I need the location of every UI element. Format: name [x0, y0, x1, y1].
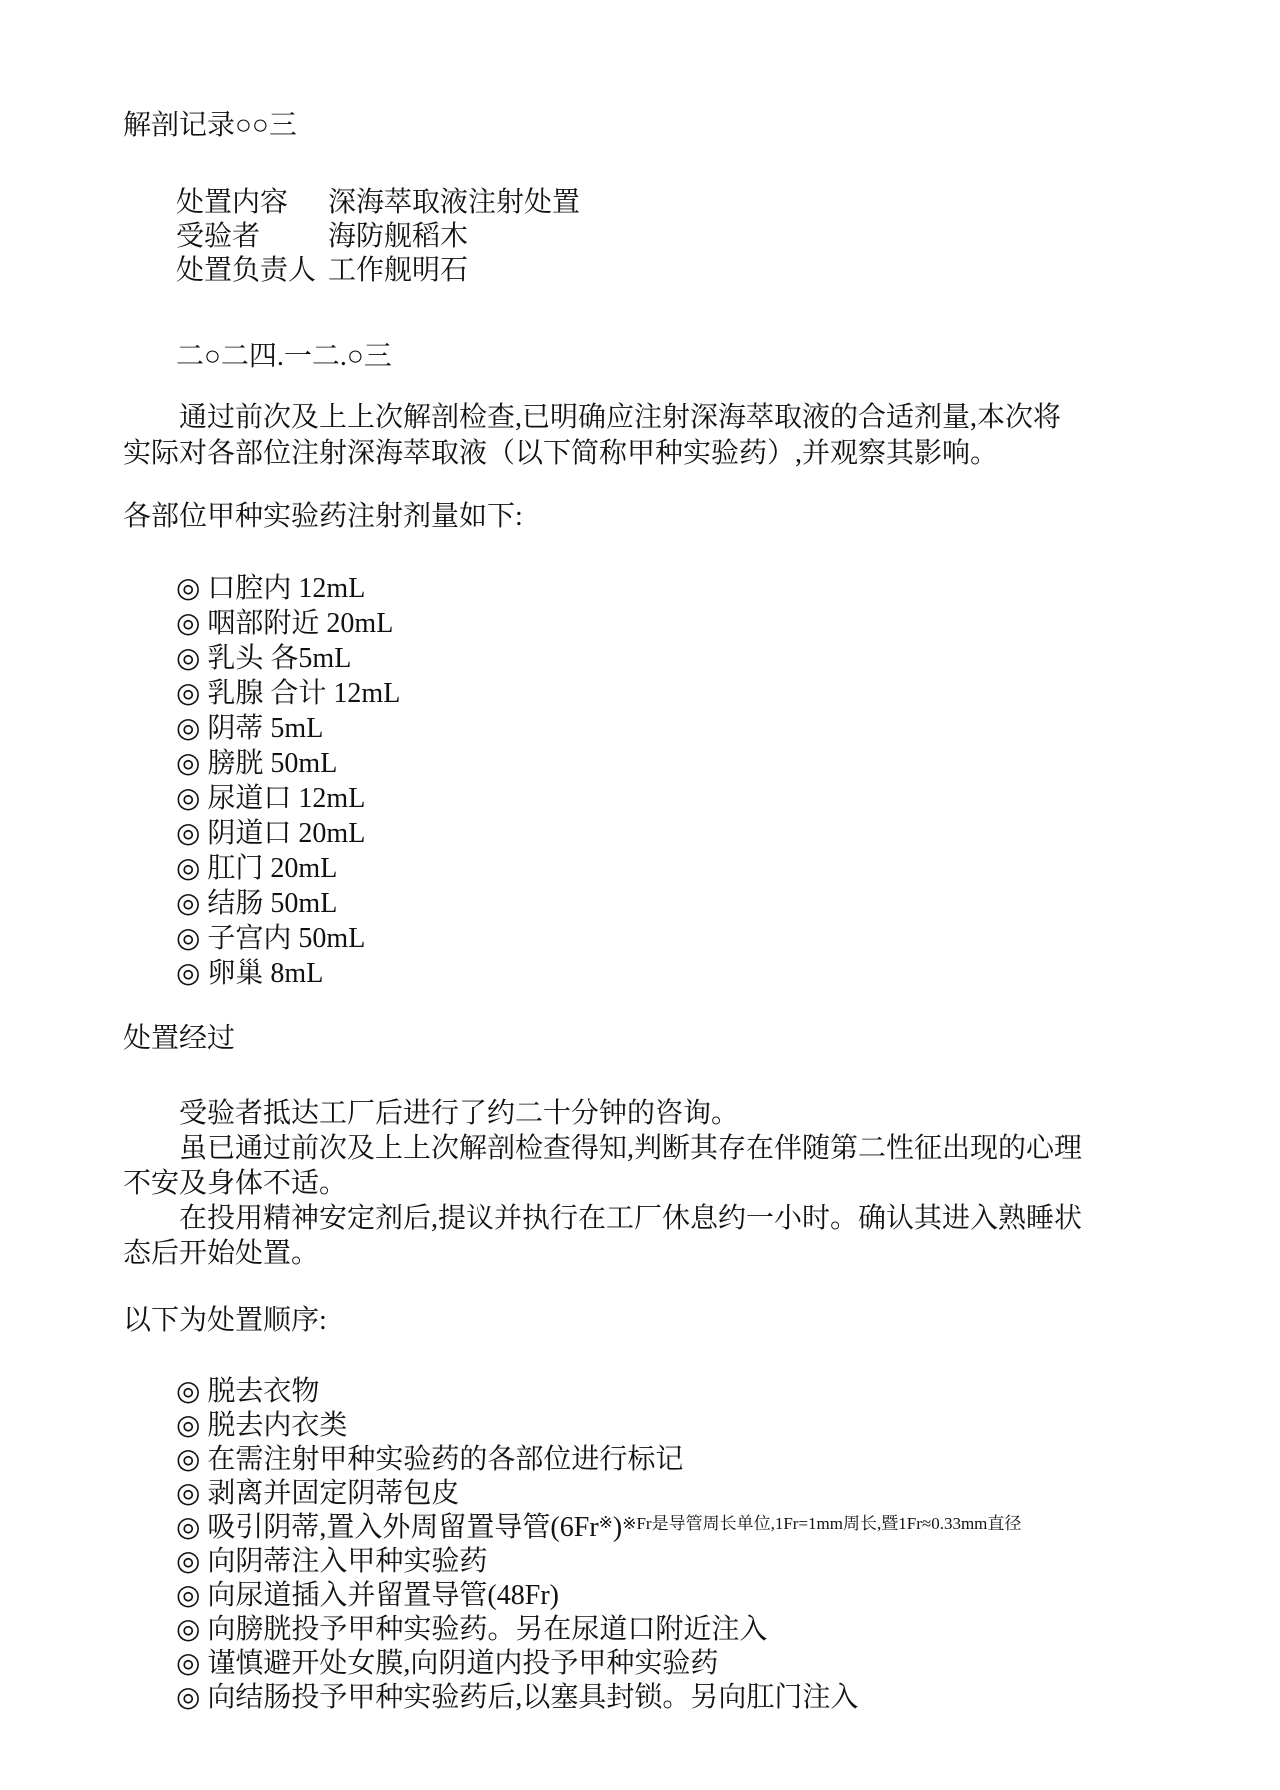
- meta-block: 处置内容 深海萃取液注射处置 受验者 海防舰稻木 处置负责人 工作舰明石: [176, 186, 1244, 288]
- meta-row: 处置负责人 工作舰明石: [176, 254, 1244, 288]
- dose-list-item: ◎ 乳腺 合计 12mL: [176, 676, 1244, 711]
- dose-list-item: ◎ 口腔内 12mL: [176, 571, 1244, 606]
- footnote-marker: ※: [599, 1513, 613, 1532]
- procedure-step: ◎ 脱去内衣类: [176, 1409, 1244, 1443]
- dose-list-item: ◎ 卵巢 8mL: [176, 956, 1244, 991]
- meta-value: 深海萃取液注射处置: [328, 186, 580, 220]
- procedure-steps-list: ◎ 脱去衣物 ◎ 脱去内衣类 ◎ 在需注射甲种实验药的各部位进行标记 ◎ 剥离并…: [123, 1375, 1244, 1715]
- meta-value: 工作舰明石: [328, 254, 468, 288]
- procedure-step: ◎ 剥离并固定阴蒂包皮: [176, 1477, 1244, 1511]
- order-section-heading: 以下为处置顺序:: [123, 1303, 1244, 1338]
- meta-row: 受验者 海防舰稻木: [176, 220, 1244, 254]
- meta-label: 受验者: [176, 220, 328, 254]
- procedure-step: ◎ 在需注射甲种实验药的各部位进行标记: [176, 1443, 1244, 1477]
- date: 二○二四.一二.○三: [176, 340, 1244, 374]
- dose-list-item: ◎ 肛门 20mL: [176, 851, 1244, 886]
- procedure-step: ◎ 向结肠投予甲种实验药后,以塞具封锁。另向肛门注入: [176, 1681, 1244, 1715]
- page-title: 解剖记录○○三: [123, 108, 1244, 144]
- dose-list-item: ◎ 乳头 各5mL: [176, 641, 1244, 676]
- dose-list-item: ◎ 咽部附近 20mL: [176, 606, 1244, 641]
- procedure-step: ◎ 谨慎避开处女膜,向阴道内投予甲种实验药: [176, 1647, 1244, 1681]
- dose-list: ◎ 口腔内 12mL ◎ 咽部附近 20mL ◎ 乳头 各5mL ◎ 乳腺 合计…: [123, 571, 1244, 991]
- dose-list-item: ◎ 尿道口 12mL: [176, 781, 1244, 816]
- dose-list-item: ◎ 膀胱 50mL: [176, 746, 1244, 781]
- dose-list-item: ◎ 子宫内 50mL: [176, 921, 1244, 956]
- dose-list-item: ◎ 结肠 50mL: [176, 886, 1244, 921]
- procedure-step: ◎ 向膀胱投予甲种实验药。另在尿道口附近注入: [176, 1613, 1244, 1647]
- procedure-step: ◎ 向阴蒂注入甲种实验药: [176, 1545, 1244, 1579]
- dose-list-item: ◎ 阴道口 20mL: [176, 816, 1244, 851]
- intro-paragraph: 通过前次及上上次解剖检查,已明确应注射深海萃取液的合适剂量,本次将 实际对各部位…: [123, 400, 1244, 472]
- process-paragraphs: 受验者抵达工厂后进行了约二十分钟的咨询。 虽已通过前次及上上次解剖检查得知,判断…: [123, 1096, 1244, 1271]
- dose-list-item: ◎ 阴蒂 5mL: [176, 711, 1244, 746]
- procedure-step: ◎ 吸引阴蒂,置入外周留置导管(6Fr※)※Fr是导管周长单位,1Fr=1mm周…: [176, 1511, 1244, 1545]
- procedure-step: ◎ 向尿道插入并留置导管(48Fr): [176, 1579, 1244, 1613]
- meta-value: 海防舰稻木: [328, 220, 468, 254]
- paragraph: 在投用精神安定剂后,提议并执行在工厂休息约一小时。确认其进入熟睡状 态后开始处置…: [123, 1201, 1244, 1271]
- dose-section-heading: 各部位甲种实验药注射剂量如下:: [123, 499, 1244, 534]
- paragraph: 受验者抵达工厂后进行了约二十分钟的咨询。: [123, 1096, 1244, 1131]
- meta-label: 处置负责人: [176, 254, 328, 288]
- meta-row: 处置内容 深海萃取液注射处置: [176, 186, 1244, 220]
- document-page: 解剖记录○○三 处置内容 深海萃取液注射处置 受验者 海防舰稻木 处置负责人 工…: [0, 0, 1280, 1790]
- paragraph: 虽已通过前次及上上次解剖检查得知,判断其存在伴随第二性征出现的心理 不安及身体不…: [123, 1131, 1244, 1201]
- meta-label: 处置内容: [176, 186, 328, 220]
- procedure-step: ◎ 脱去衣物: [176, 1375, 1244, 1409]
- process-section-heading: 处置经过: [123, 1021, 1244, 1056]
- footnote-text: ※Fr是导管周长单位,1Fr=1mm周长,暨1Fr≈0.33mm直径: [622, 1514, 1021, 1533]
